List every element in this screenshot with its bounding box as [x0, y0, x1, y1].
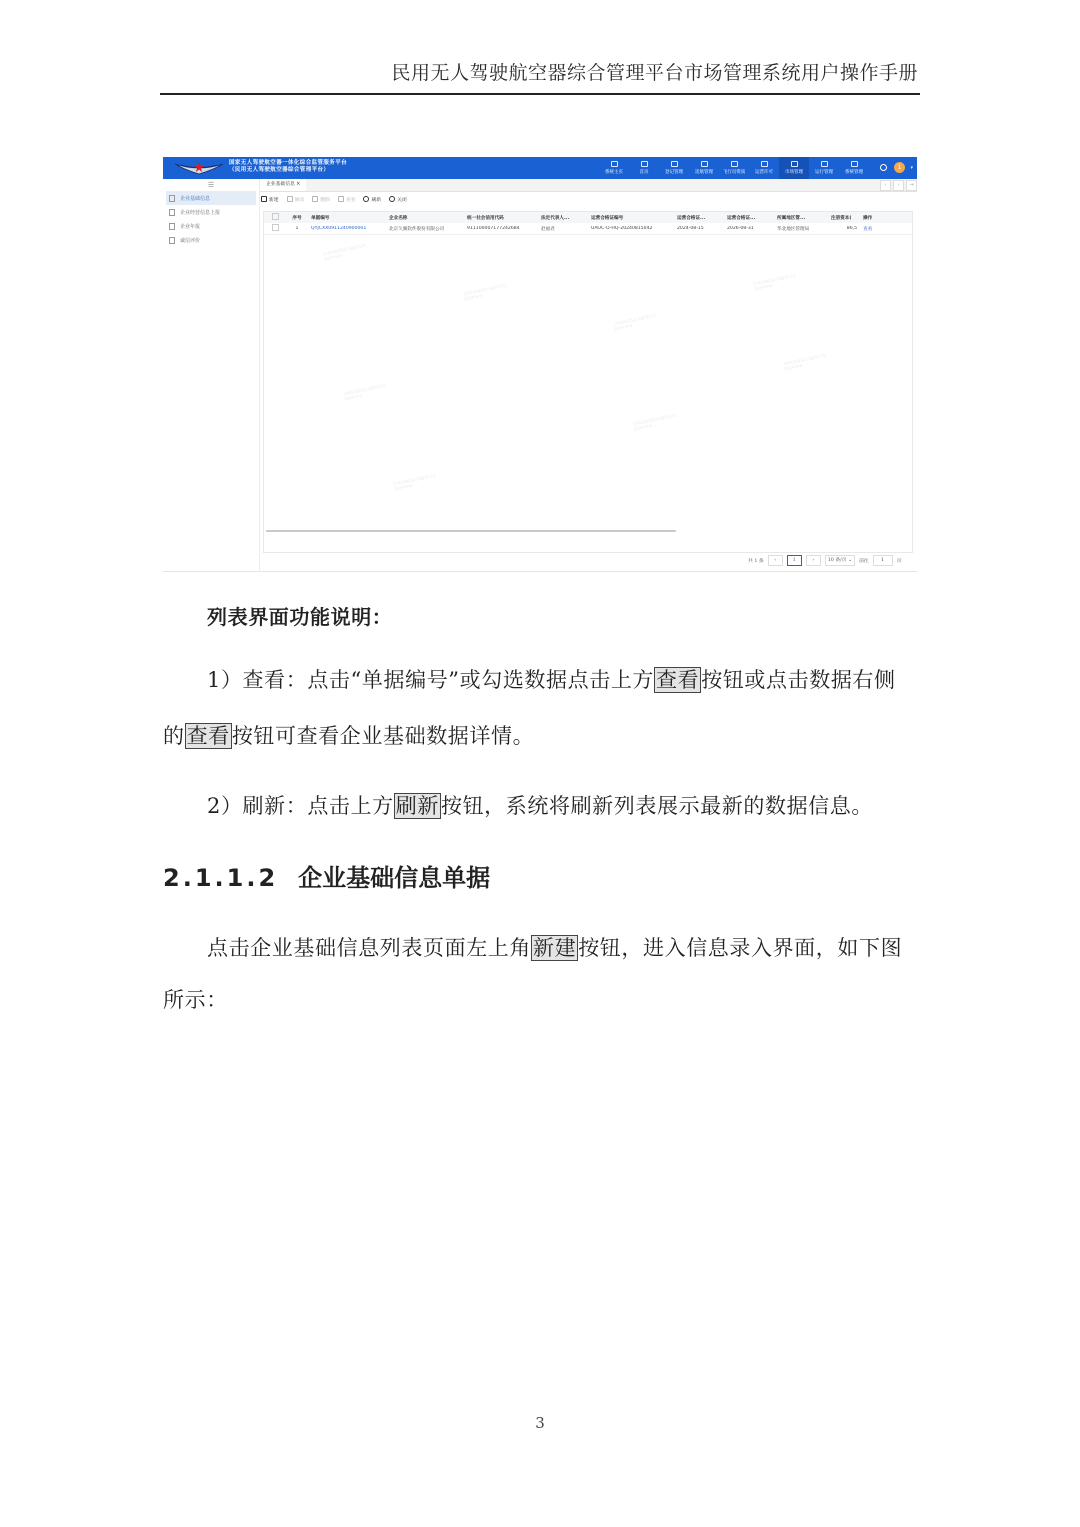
nav-registration[interactable]: 登记管理	[659, 157, 689, 179]
plus-icon	[261, 196, 267, 202]
avatar[interactable]: 1	[894, 162, 905, 173]
chevron-down-icon[interactable]: ▾	[910, 165, 913, 171]
sidebar-item-business-report[interactable]: 企业经营信息上报	[166, 205, 256, 219]
new-button-ref: 新建	[531, 935, 578, 961]
section-heading: 2.1.1.2企业基础信息单据	[163, 858, 490, 893]
sidebar-item-credit-evaluation[interactable]: 诚信评价	[166, 233, 256, 247]
delete-button[interactable]: 删除	[312, 196, 330, 203]
embedded-screenshot: 国家无人驾驶航空器一体化综合监管服务平台 （民用无人驾驶航空器综合管理平台） 系…	[163, 157, 917, 572]
tab-enterprise-basic[interactable]: 企业基础信息 ×	[260, 179, 306, 191]
section-label: 列表界面功能说明：	[207, 601, 392, 630]
document-icon	[671, 161, 678, 167]
app-topbar: 国家无人驾驶航空器一体化综合监管服务平台 （民用无人驾驶航空器综合管理平台） 系…	[163, 157, 917, 179]
menu-toggle-icon[interactable]: ☰	[163, 179, 259, 191]
header-rule	[160, 93, 920, 95]
document-number-link[interactable]: QYJCXX0911240900001	[308, 226, 386, 231]
refresh-button[interactable]: 刷新	[363, 196, 381, 203]
select-all-checkbox[interactable]	[264, 213, 286, 222]
running-header: 民用无人驾驶航空器综合管理平台市场管理系统用户操作手册	[160, 58, 918, 85]
market-icon	[791, 161, 798, 167]
monitor-icon	[611, 161, 618, 167]
goto-page-input[interactable]: 1	[873, 555, 893, 566]
calendar-icon	[169, 223, 175, 230]
nav-operation-license[interactable]: 运营许可	[749, 157, 779, 179]
nav-operations[interactable]: 运行管理	[809, 157, 839, 179]
shield-icon	[821, 161, 828, 167]
sidebar: ☰ 企业基础信息 企业经营信息上报 企业年报 诚信评价	[163, 179, 260, 571]
view-button-ref: 查看	[185, 723, 232, 749]
badge-icon	[731, 161, 738, 167]
tab-prev-button[interactable]: ‹	[880, 180, 891, 191]
horizontal-scrollbar[interactable]	[266, 530, 676, 532]
nav-airworthiness[interactable]: 适航管理	[689, 157, 719, 179]
edit-icon	[287, 196, 293, 202]
file-icon	[169, 237, 175, 244]
top-nav: 系统主页 首页 登记管理 适航管理 飞行员资质 运营许可 市场管理 运行管理 系…	[599, 157, 869, 179]
nav-system-home[interactable]: 系统主页	[599, 157, 629, 179]
paragraph-line-1: 点击企业基础信息列表页面左上角新建按钮，进入信息录入界面，如下图	[207, 932, 902, 962]
nav-pilot[interactable]: 飞行员资质	[719, 157, 749, 179]
tab-menu-button[interactable]: ⇥	[906, 180, 917, 191]
tab-next-button[interactable]: ›	[893, 180, 904, 191]
tab-bar: 企业基础信息 × ‹ › ⇥	[260, 179, 917, 192]
new-button[interactable]: 新建	[261, 196, 279, 203]
page-number: 3	[0, 1414, 1080, 1432]
view-button-ref: 查看	[654, 667, 701, 693]
file-icon	[169, 195, 175, 202]
data-table: 序号 单据编号 企业名称 统一社会信用代码 法定代表人... 运营合格证编号 运…	[263, 211, 913, 553]
file-icon	[169, 209, 175, 216]
gear-icon	[851, 161, 858, 167]
desktop-icon	[641, 161, 648, 167]
item-1-line-1: 1）查看：点击“单据编号”或勾选数据点击上方查看按钮或点击数据右侧	[207, 664, 896, 694]
nav-system[interactable]: 系统管理	[839, 157, 869, 179]
row-checkbox[interactable]	[264, 224, 286, 233]
search-icon[interactable]	[880, 164, 887, 171]
row-view-link[interactable]: 查看	[860, 226, 878, 232]
nav-home[interactable]: 首页	[629, 157, 659, 179]
table-header: 序号 单据编号 企业名称 统一社会信用代码 法定代表人... 运营合格证编号 运…	[264, 212, 912, 223]
plane-icon	[701, 161, 708, 167]
license-icon	[761, 161, 768, 167]
view-icon	[338, 196, 344, 202]
toolbar: 新建 修改 删除 查看 刷新 关闭	[261, 193, 407, 205]
view-button[interactable]: 查看	[338, 196, 356, 203]
sidebar-item-enterprise-basic[interactable]: 企业基础信息	[166, 191, 256, 205]
page-1-button[interactable]: 1	[787, 555, 802, 566]
close-icon	[389, 196, 395, 202]
paragraph-line-2: 所示：	[163, 984, 228, 1014]
nav-market[interactable]: 市场管理	[779, 157, 809, 179]
trash-icon	[312, 196, 318, 202]
refresh-icon	[363, 196, 369, 202]
sidebar-item-annual-report[interactable]: 企业年报	[166, 219, 256, 233]
page-size-select[interactable]: 10 条/页 ⌄	[825, 555, 855, 566]
pagination: 共 1 条 ‹ 1 › 10 条/页 ⌄ 前往 1 页	[748, 555, 1074, 566]
item-1-line-2: 的查看按钮可查看企业基础数据详情。	[163, 720, 534, 750]
app-title: 国家无人驾驶航空器一体化综合监管服务平台 （民用无人驾驶航空器综合管理平台）	[229, 160, 347, 174]
logo-icon	[173, 160, 225, 176]
item-2: 2）刷新：点击上方刷新按钮，系统将刷新列表展示最新的数据信息。	[207, 790, 873, 820]
close-button[interactable]: 关闭	[389, 196, 407, 203]
refresh-button-ref: 刷新	[394, 793, 441, 819]
edit-button[interactable]: 修改	[287, 196, 305, 203]
next-page-button[interactable]: ›	[806, 555, 821, 566]
table-row[interactable]: 1 QYJCXX0911240900001 北京久翼软件股份有限公司 91110…	[264, 223, 912, 235]
prev-page-button[interactable]: ‹	[768, 555, 783, 566]
